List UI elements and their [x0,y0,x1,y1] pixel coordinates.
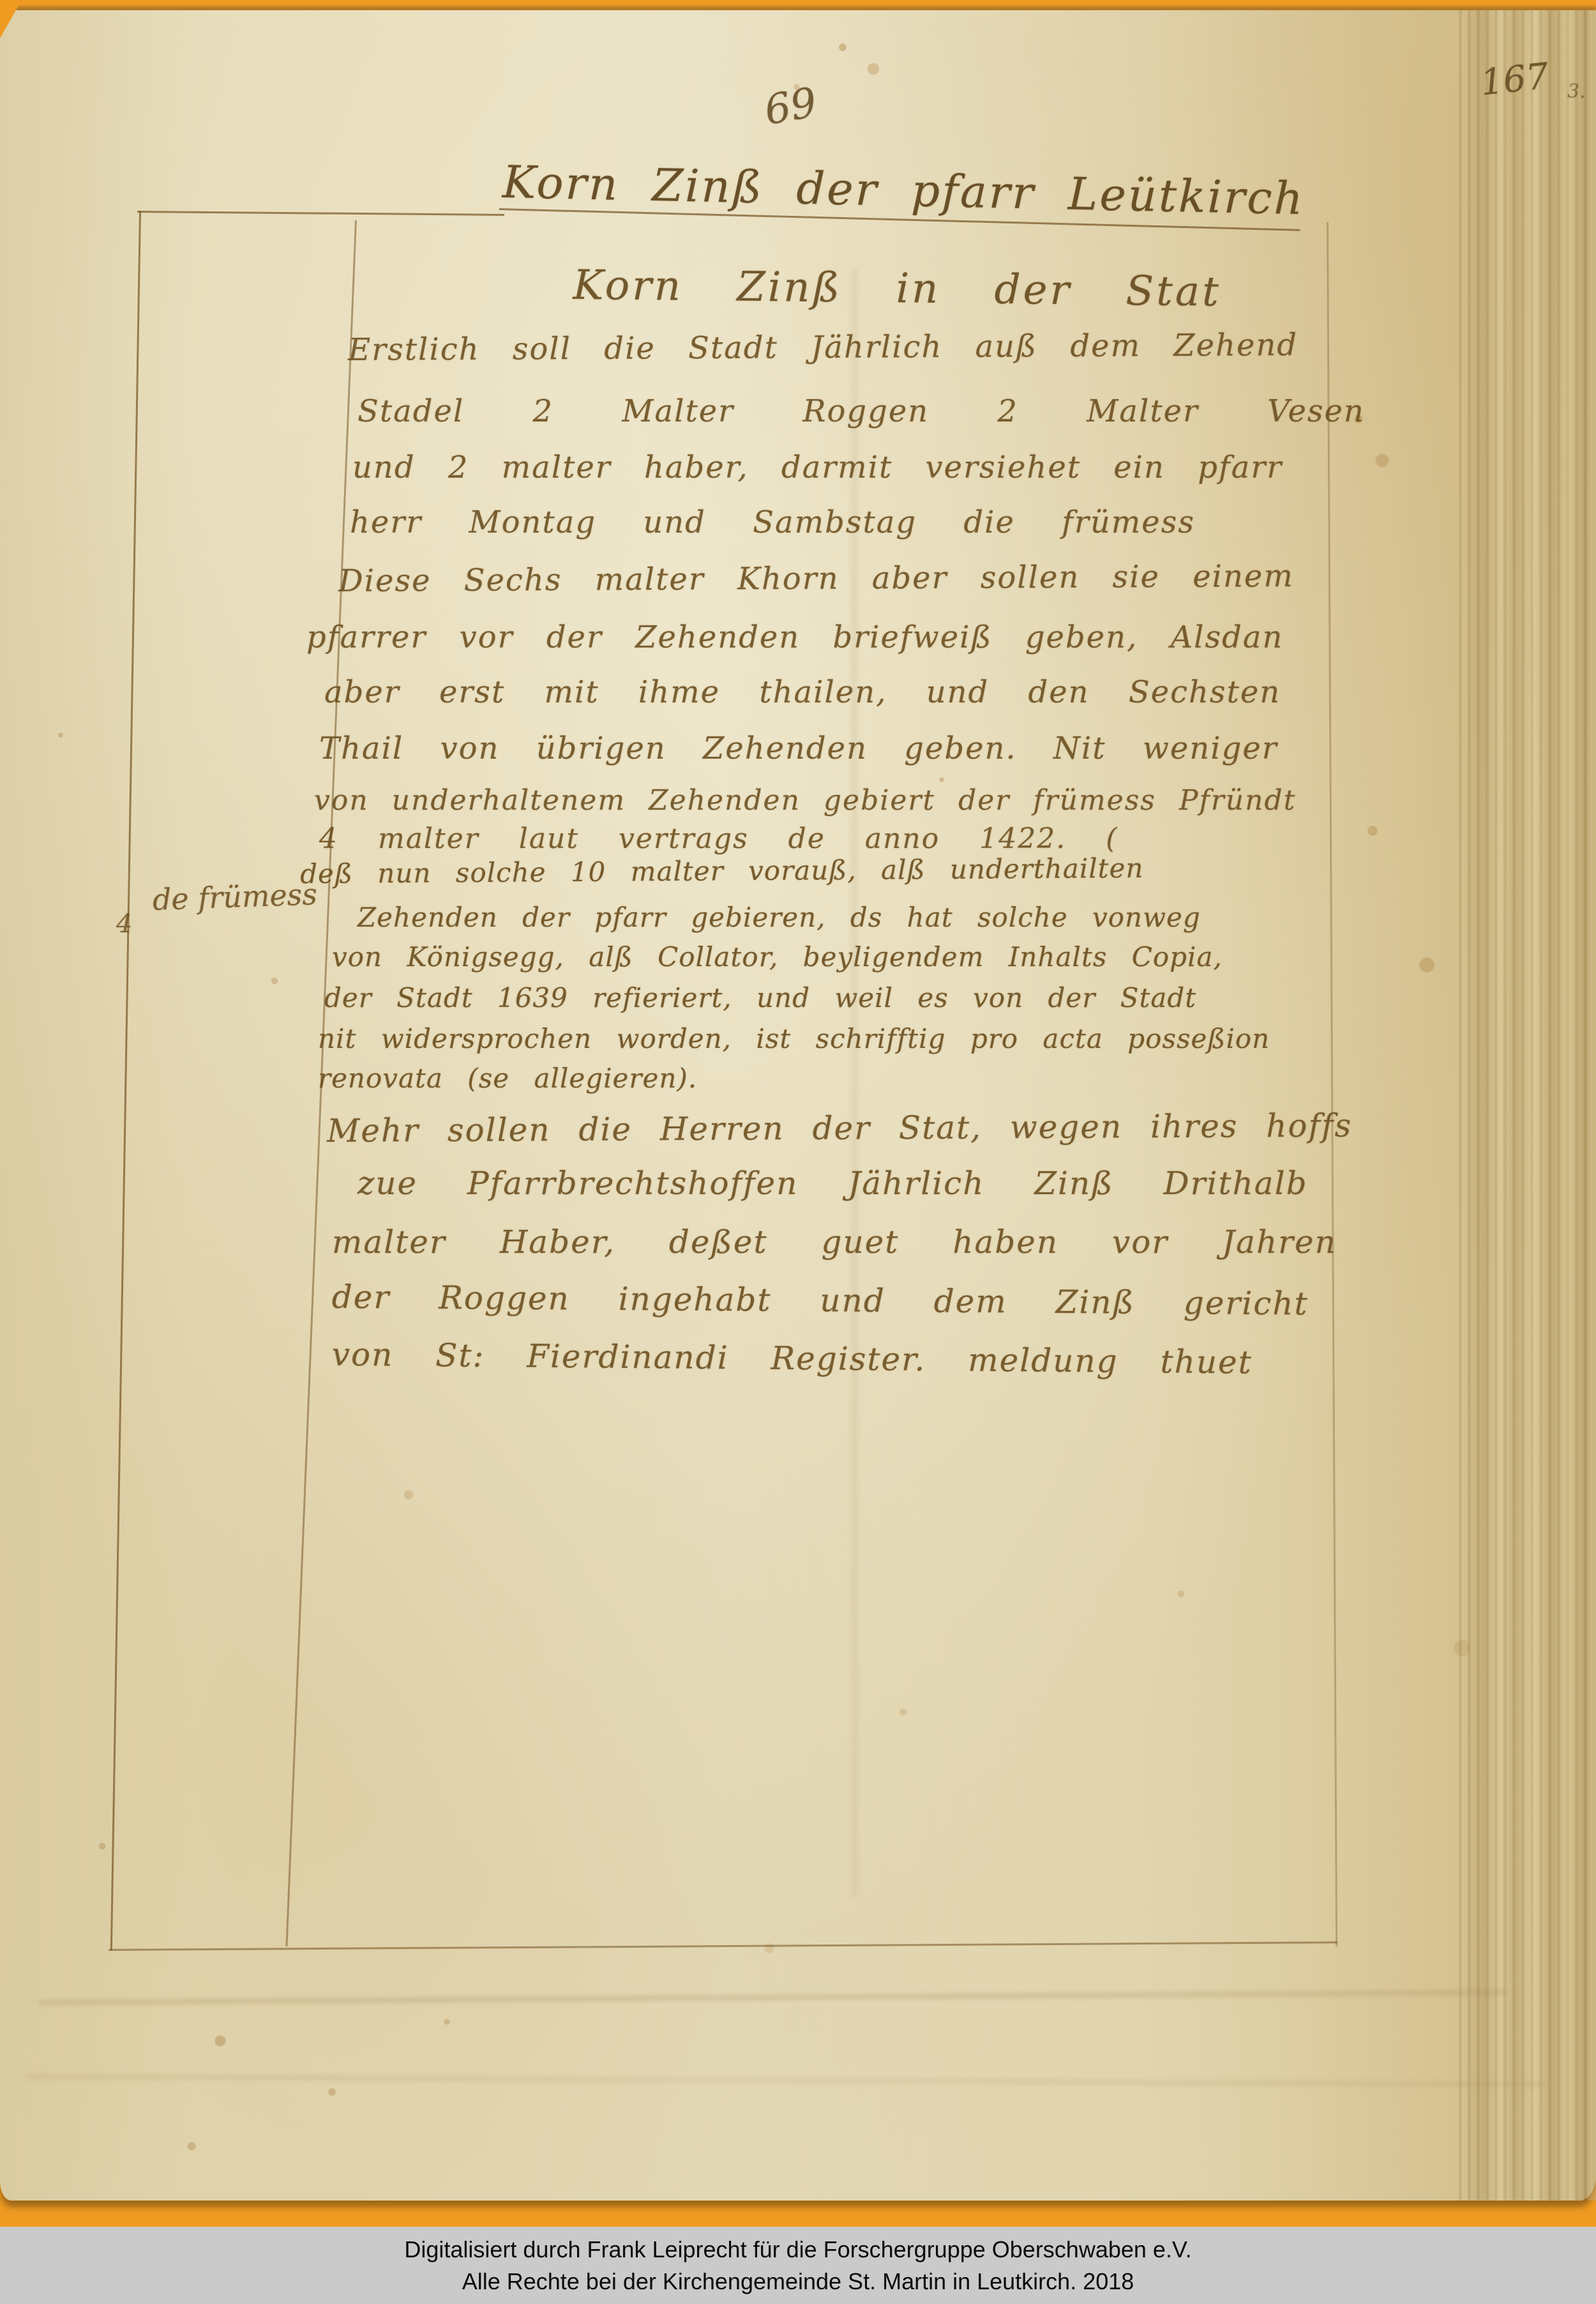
manuscript-line: der Stadt 1639 refieriert, und weil es v… [324,982,1196,1013]
manuscript-line: Zehenden der pfarr gebieren, ds hat solc… [358,902,1201,933]
edge-mark: 3. [1567,80,1586,103]
manuscript-line: zue Pfarrbrechtshoffen Jährlich Zinß Dri… [358,1165,1308,1202]
manuscript-line: von Königsegg, alß Collator, beyligendem… [332,941,1223,973]
manuscript-line: malter Haber, deßet guet haben vor Jahre… [332,1224,1337,1261]
folio-number-right: 167 [1479,56,1551,104]
manuscript-line: der Roggen ingehabt und dem Zinß gericht [332,1278,1309,1323]
digitization-caption: Digitalisiert durch Frank Leiprecht für … [0,2227,1596,2304]
manuscript-line: deß nun solche 10 malter vorauß, alß und… [300,853,1144,890]
manuscript-line: von underhaltenem Zehenden gebiert der f… [314,784,1296,817]
book-page-edges [1459,10,1596,2201]
manuscript-line: 4 malter laut vertrags de anno 1422. ( [319,822,1118,855]
manuscript-line: Erstlich soll die Stadt Jährlich auß dem… [348,327,1298,368]
caption-line-2: Alle Rechte bei der Kirchengemeinde St. … [462,2266,1134,2298]
section-heading: Korn Zinß in der Stat [573,262,1221,316]
margin-note-mark: 4 [116,909,132,939]
digitized-manuscript-scan: 69 167 3. Korn Zinß der pfarr Leütkirch … [0,0,1596,2304]
manuscript-line: Thail von übrigen Zehenden geben. Nit we… [319,731,1278,766]
manuscript-line: pfarrer vor der Zehenden briefweiß geben… [306,619,1283,655]
manuscript-line: Mehr sollen die Herren der Stat, wegen i… [327,1107,1352,1149]
margin-note: de frümess [152,877,318,917]
manuscript-line: und 2 malter haber, darmit versiehet ein… [352,450,1283,485]
folio-number-center: 69 [761,79,820,135]
caption-line-1: Digitalisiert durch Frank Leiprecht für … [404,2234,1191,2266]
manuscript-line: aber erst mit ihme thailen, und den Sech… [324,674,1281,710]
manuscript-line: herr Montag und Sambstag die frümess [350,504,1195,540]
manuscript-line: Stadel 2 Malter Roggen 2 Malter Vesen [358,393,1365,429]
manuscript-line: renovata (se allegieren). [318,1063,697,1094]
manuscript-line: nit widersprochen worden, ist schrifftig… [318,1023,1270,1054]
manuscript-line: Diese Sechs malter Khorn aber sollen sie… [338,558,1294,599]
